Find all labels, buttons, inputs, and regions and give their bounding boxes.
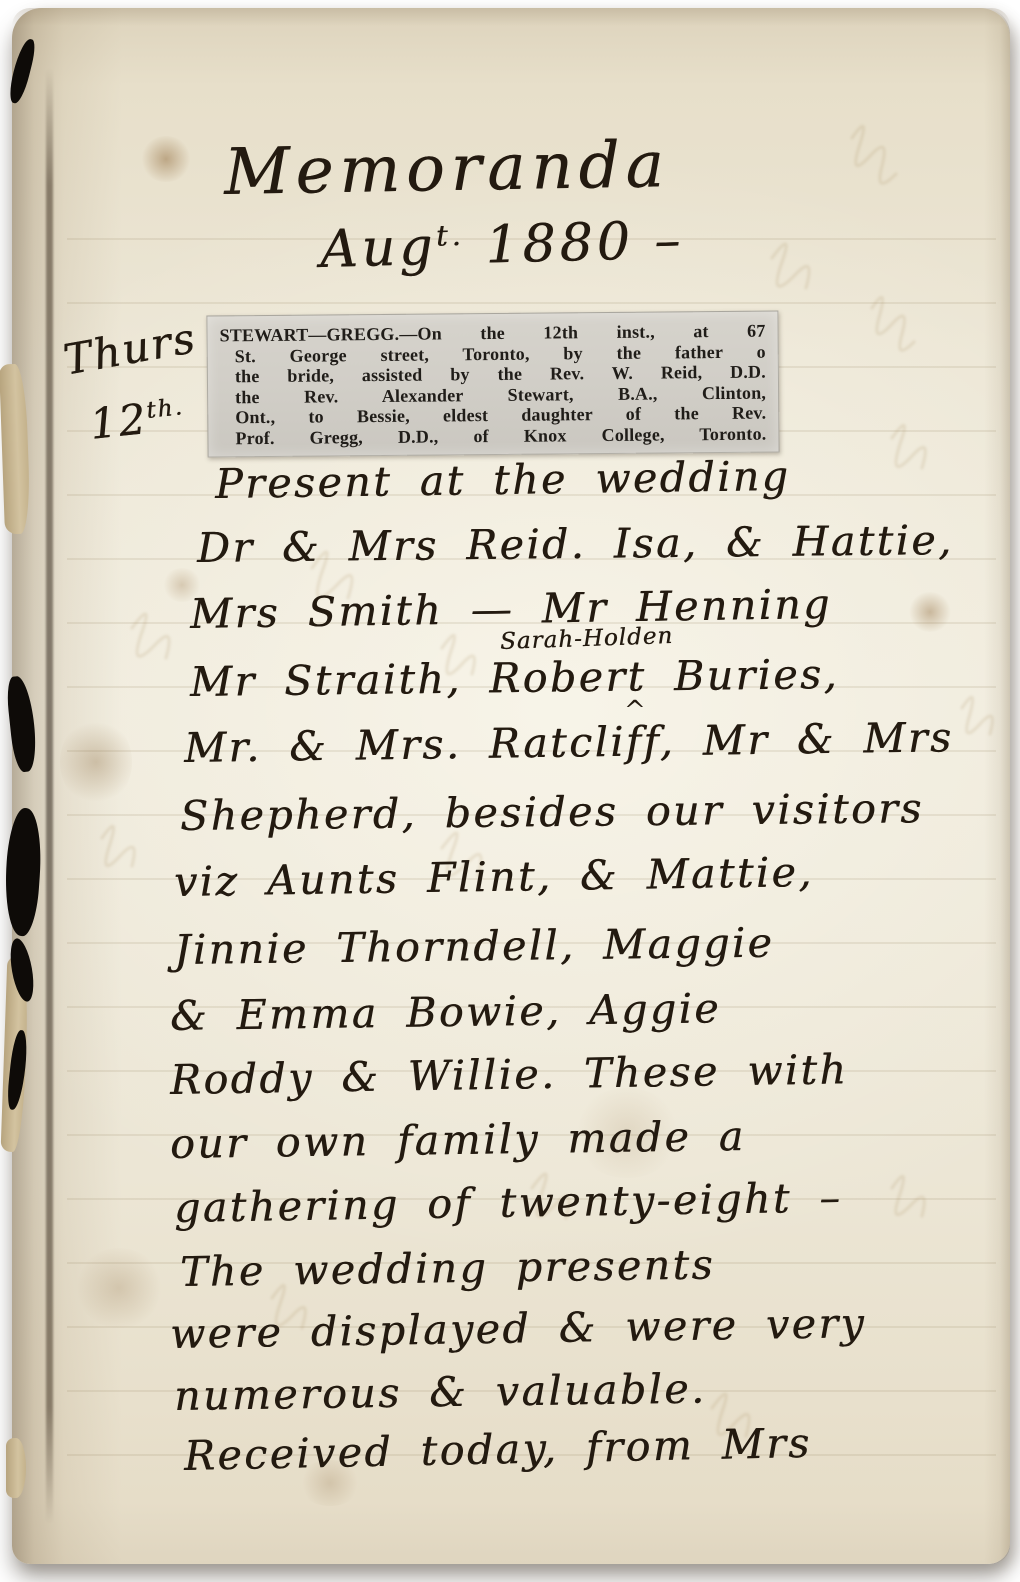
page-date-year: 1880 –	[485, 210, 685, 275]
manuscript-line: Dr & Mrs Reid. Isa, & Hattie,	[197, 516, 954, 572]
manuscript-line: & Emma Bowie, Aggie	[170, 984, 722, 1040]
page-title: Memoranda	[223, 128, 670, 210]
manuscript-line: our own family made a	[170, 1112, 746, 1168]
manuscript-line: The wedding presents	[180, 1241, 716, 1296]
diary-page: Memoranda Augt. 1880 – Thurs 12th. STEWA…	[12, 8, 1010, 1564]
manuscript-line: numerous & valuable.	[174, 1365, 707, 1420]
margin-note-date: 12th.	[87, 390, 187, 449]
torn-underpage-edge	[6, 1438, 26, 1498]
diary-scan: Memoranda Augt. 1880 – Thurs 12th. STEWA…	[0, 0, 1020, 1582]
page-top-edge	[12, 8, 1010, 26]
page-date-superscript: t.	[436, 218, 465, 253]
manuscript-line: Shepherd, besides our visitors	[180, 784, 924, 840]
binding-seam	[46, 68, 53, 1524]
manuscript-line: Jinnie Thorndell, Maggie	[174, 919, 775, 974]
manuscript-line: Present at the wedding	[215, 452, 791, 508]
margin-note-date-superscript: th.	[145, 394, 185, 424]
page-date-month: Aug	[319, 217, 437, 280]
manuscript-line: viz Aunts Flint, & Mattie,	[174, 848, 815, 906]
page-date: Augt. 1880 –	[319, 210, 685, 280]
margin-note-date-number: 12	[87, 394, 149, 449]
newspaper-clipping: STEWART—GREGG.—On the 12th inst., at 67 …	[206, 311, 779, 458]
clipping-line: Prof. Gregg, D.D., of Knox College, Toro…	[220, 423, 766, 448]
manuscript-line: Mr Straith, Robert Buries,	[190, 650, 840, 706]
